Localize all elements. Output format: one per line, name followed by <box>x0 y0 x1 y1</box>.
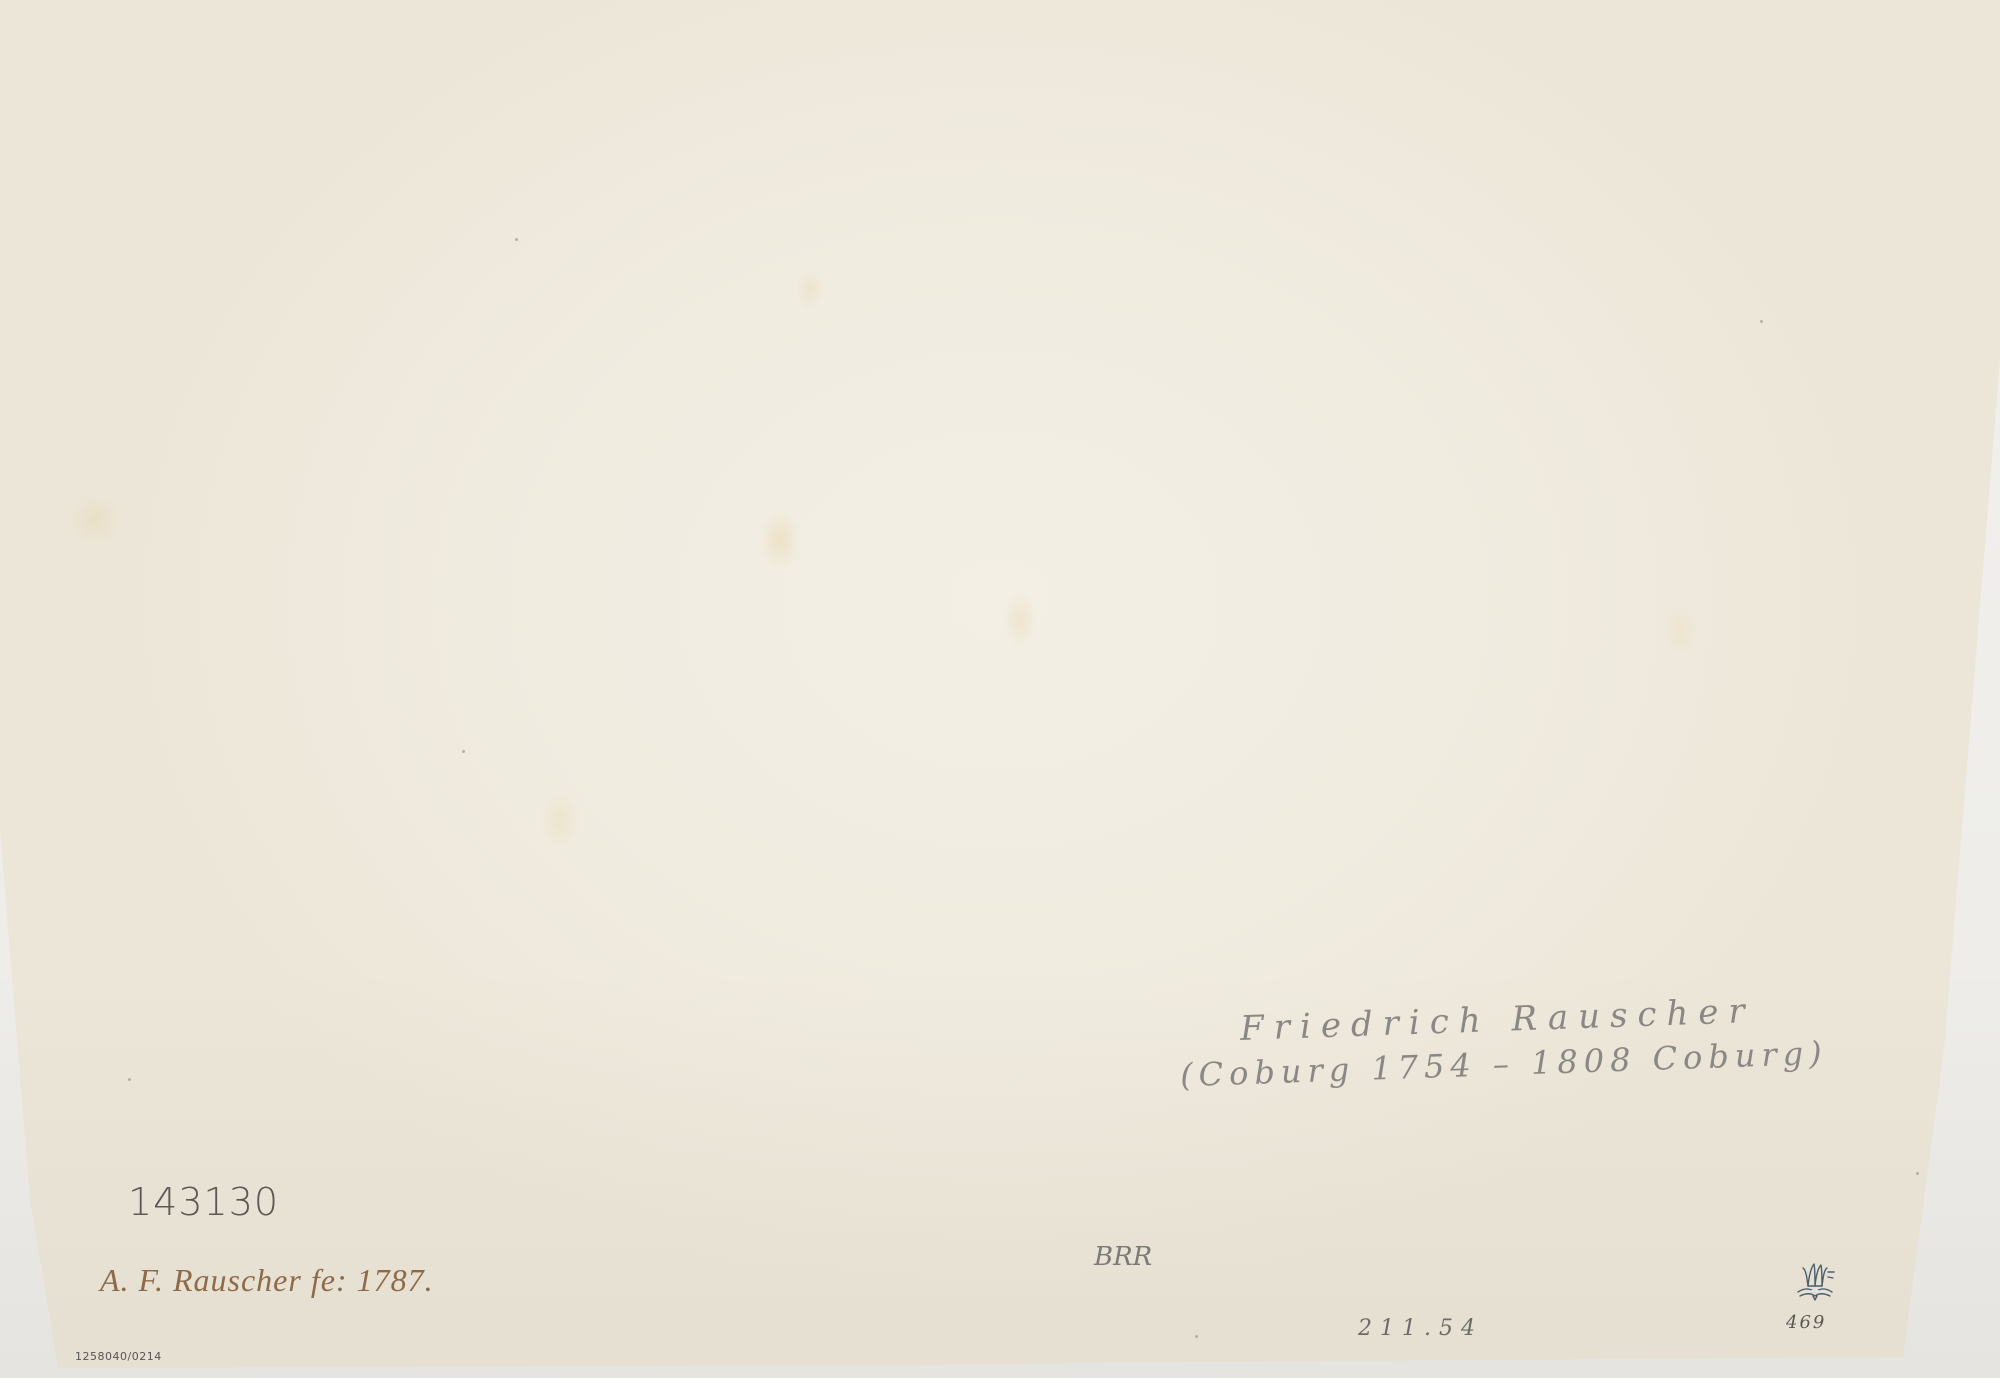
scan-background: Friedrich Rauscher (Coburg 1754 – 1808 C… <box>0 0 2000 1378</box>
stamp-number: 469 <box>1786 1312 1826 1333</box>
foxing-speck <box>1916 1172 1919 1175</box>
barcode-number: 1258040/0214 <box>75 1350 162 1363</box>
paper-sheet <box>0 0 2000 1378</box>
inventory-number: 143130 <box>128 1180 279 1224</box>
foxing-speck <box>462 750 465 753</box>
foxing-speck <box>1195 1335 1198 1338</box>
catalog-number: 211.54 <box>1358 1316 1483 1341</box>
flower-collector-stamp-icon <box>1792 1258 1838 1304</box>
foxing-speck <box>1760 320 1763 323</box>
foxing-speck <box>128 1078 131 1081</box>
brr-mark: BRR <box>1094 1242 1152 1272</box>
artist-signature: A. F. Rauscher fe: 1787. <box>100 1262 434 1299</box>
foxing-speck <box>515 238 518 241</box>
